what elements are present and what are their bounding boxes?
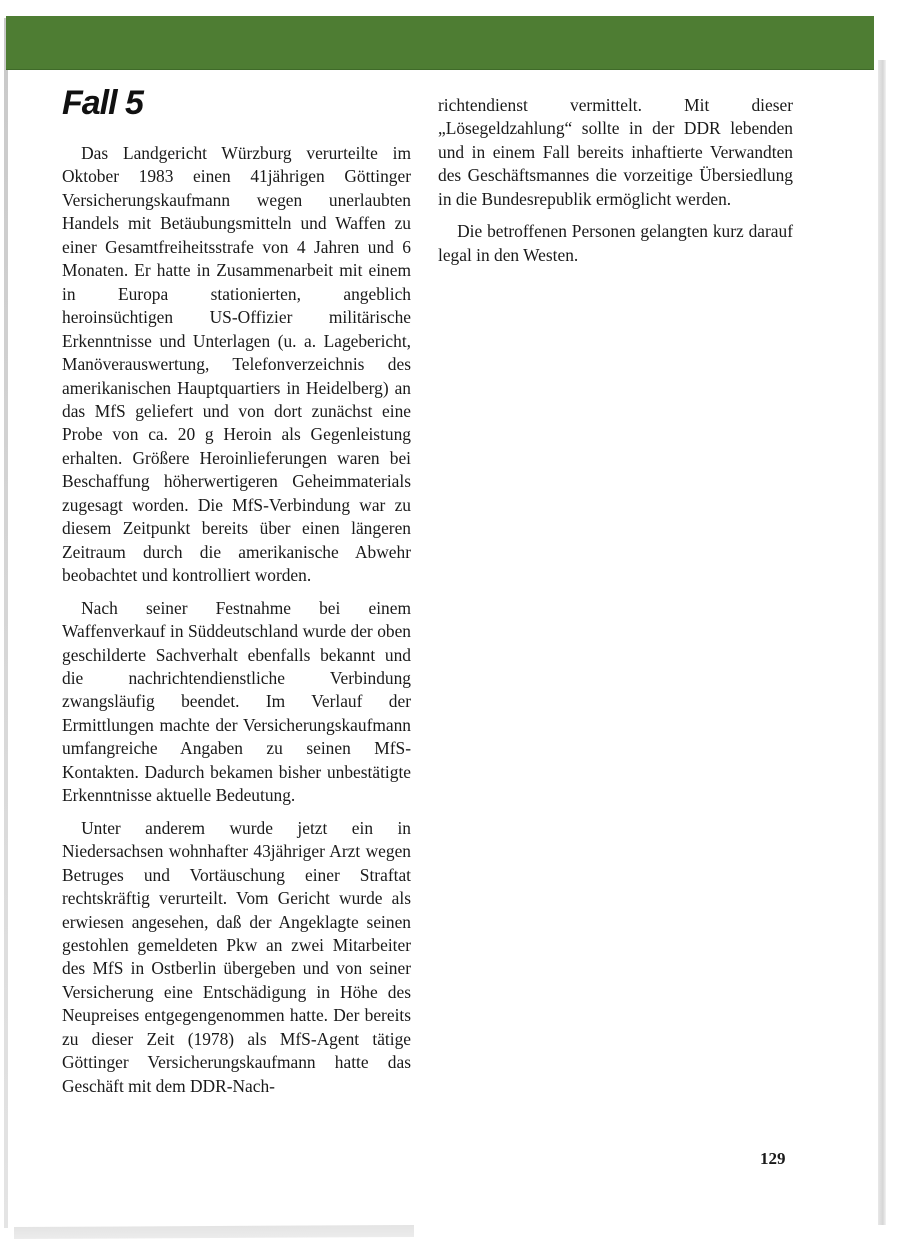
header-color-band [6, 16, 874, 70]
page-right-edge [878, 60, 886, 1225]
paragraph: Das Landgericht Würzburg verurteilte im … [62, 142, 411, 588]
paragraph: Die betroffenen Personen gelangten kurz … [438, 220, 793, 267]
paragraph: Unter anderem wurde jetzt ein in Nieders… [62, 817, 411, 1098]
paragraph: Nach seiner Festnahme bei einem Waffenve… [62, 597, 411, 808]
page-bottom-edge [14, 1225, 414, 1239]
page-left-edge [4, 18, 8, 1228]
left-text-column: Das Landgericht Würzburg verurteilte im … [62, 142, 411, 1107]
right-text-column: richtendienst vermittelt. Mit dieser „Lö… [438, 94, 793, 276]
paragraph-continuation: richtendienst vermittelt. Mit dieser „Lö… [438, 94, 793, 211]
section-title: Fall 5 [62, 84, 143, 123]
page-number: 129 [760, 1149, 786, 1169]
